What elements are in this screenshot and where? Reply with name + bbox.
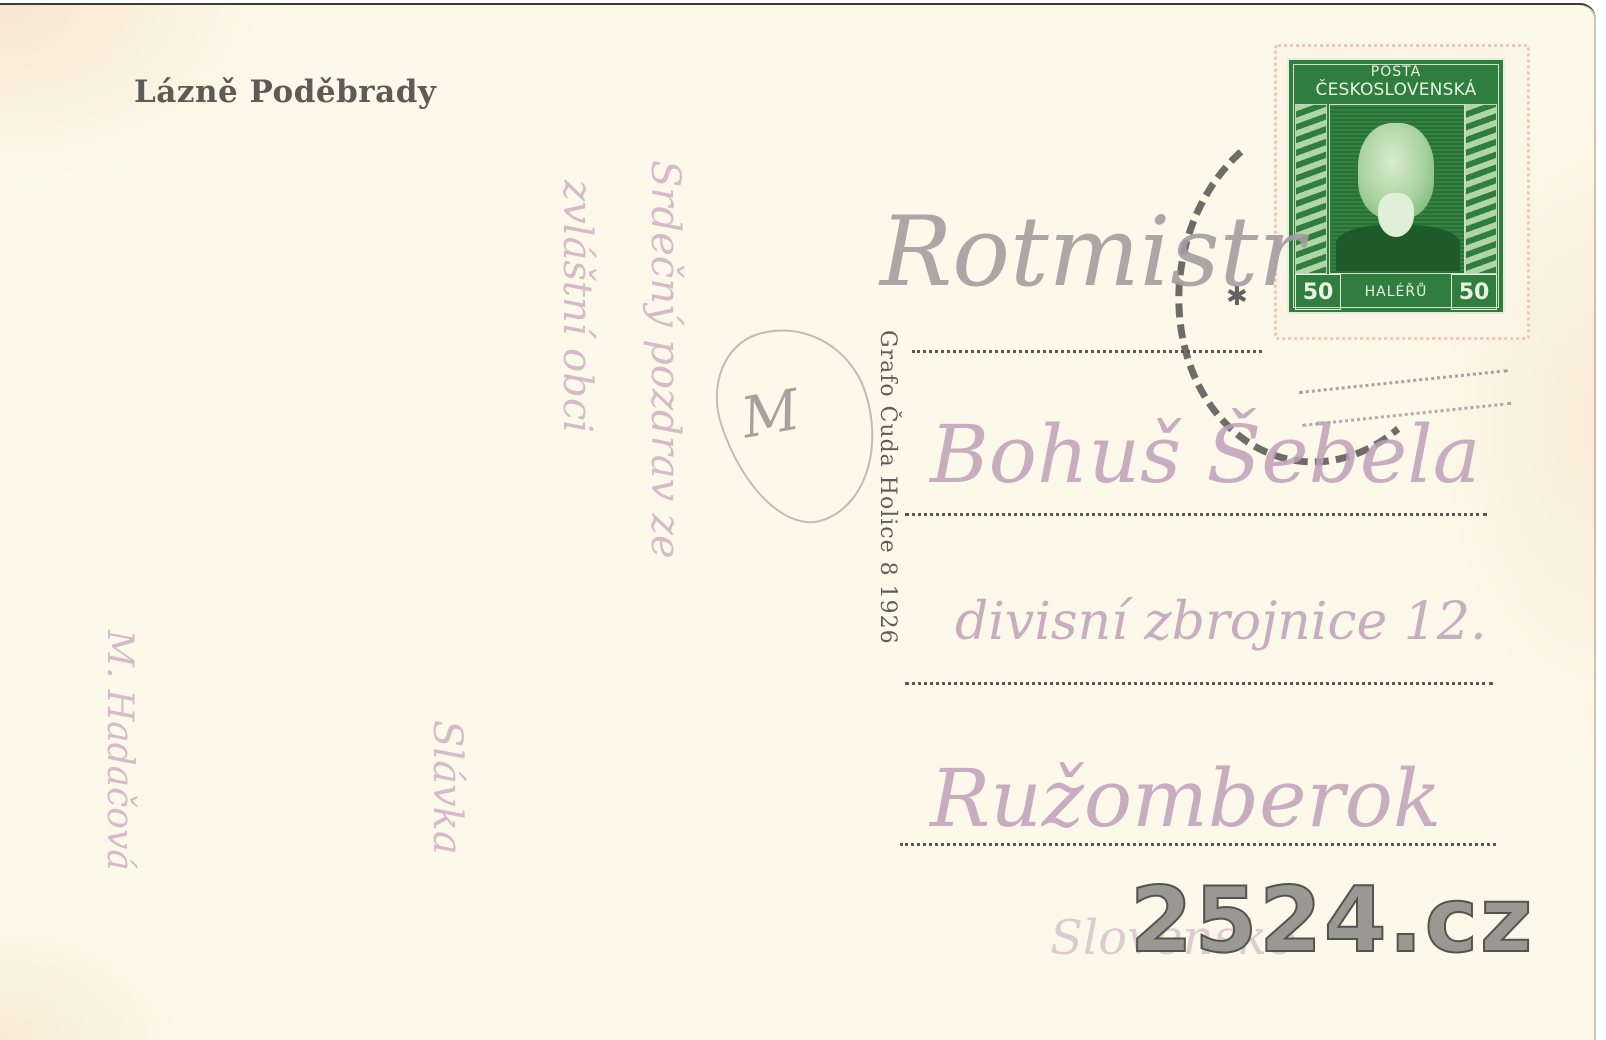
- address-line-4: Ružomberok: [930, 752, 1441, 845]
- address-dotted-line-2: [905, 513, 1487, 516]
- message-line-3: Slávka: [424, 720, 470, 855]
- postage-stamp: POSTA ČESKOSLOVENSKÁ 50 HALÉŘŮ 50: [1287, 58, 1505, 314]
- stamp-unit: HALÉŘŮ: [1345, 284, 1447, 300]
- address-dotted-line-1: [912, 350, 1262, 353]
- address-dotted-line-3: [905, 682, 1493, 685]
- stamp-portrait: [1329, 104, 1465, 274]
- watermark: 2524.cz: [1130, 868, 1534, 973]
- laurel-right-icon: [1465, 104, 1497, 274]
- stamp-country: ČESKOSLOVENSKÁ: [1289, 80, 1503, 100]
- stamp-header: POSTA: [1289, 64, 1503, 80]
- address-dotted-line-4: [900, 843, 1496, 846]
- publisher-imprint: Grafo Čuda Holice 8 1926: [875, 330, 900, 645]
- postcard-title: Lázně Poděbrady: [134, 74, 436, 110]
- oval-initial: M: [737, 378, 805, 452]
- portrait-beard: [1378, 193, 1414, 237]
- message-line-2: zvláštní obci: [554, 180, 600, 433]
- message-line-1: Srdečný pozdrav ze: [642, 160, 688, 559]
- stamp-value-right: 50: [1451, 274, 1497, 310]
- address-line-1: Rotmistr: [880, 196, 1304, 308]
- address-line-2: Bohuš Šebela: [930, 408, 1480, 501]
- message-signature: M. Hadačová: [99, 630, 140, 871]
- address-line-3: divisní zbrojnice 12.: [955, 592, 1486, 652]
